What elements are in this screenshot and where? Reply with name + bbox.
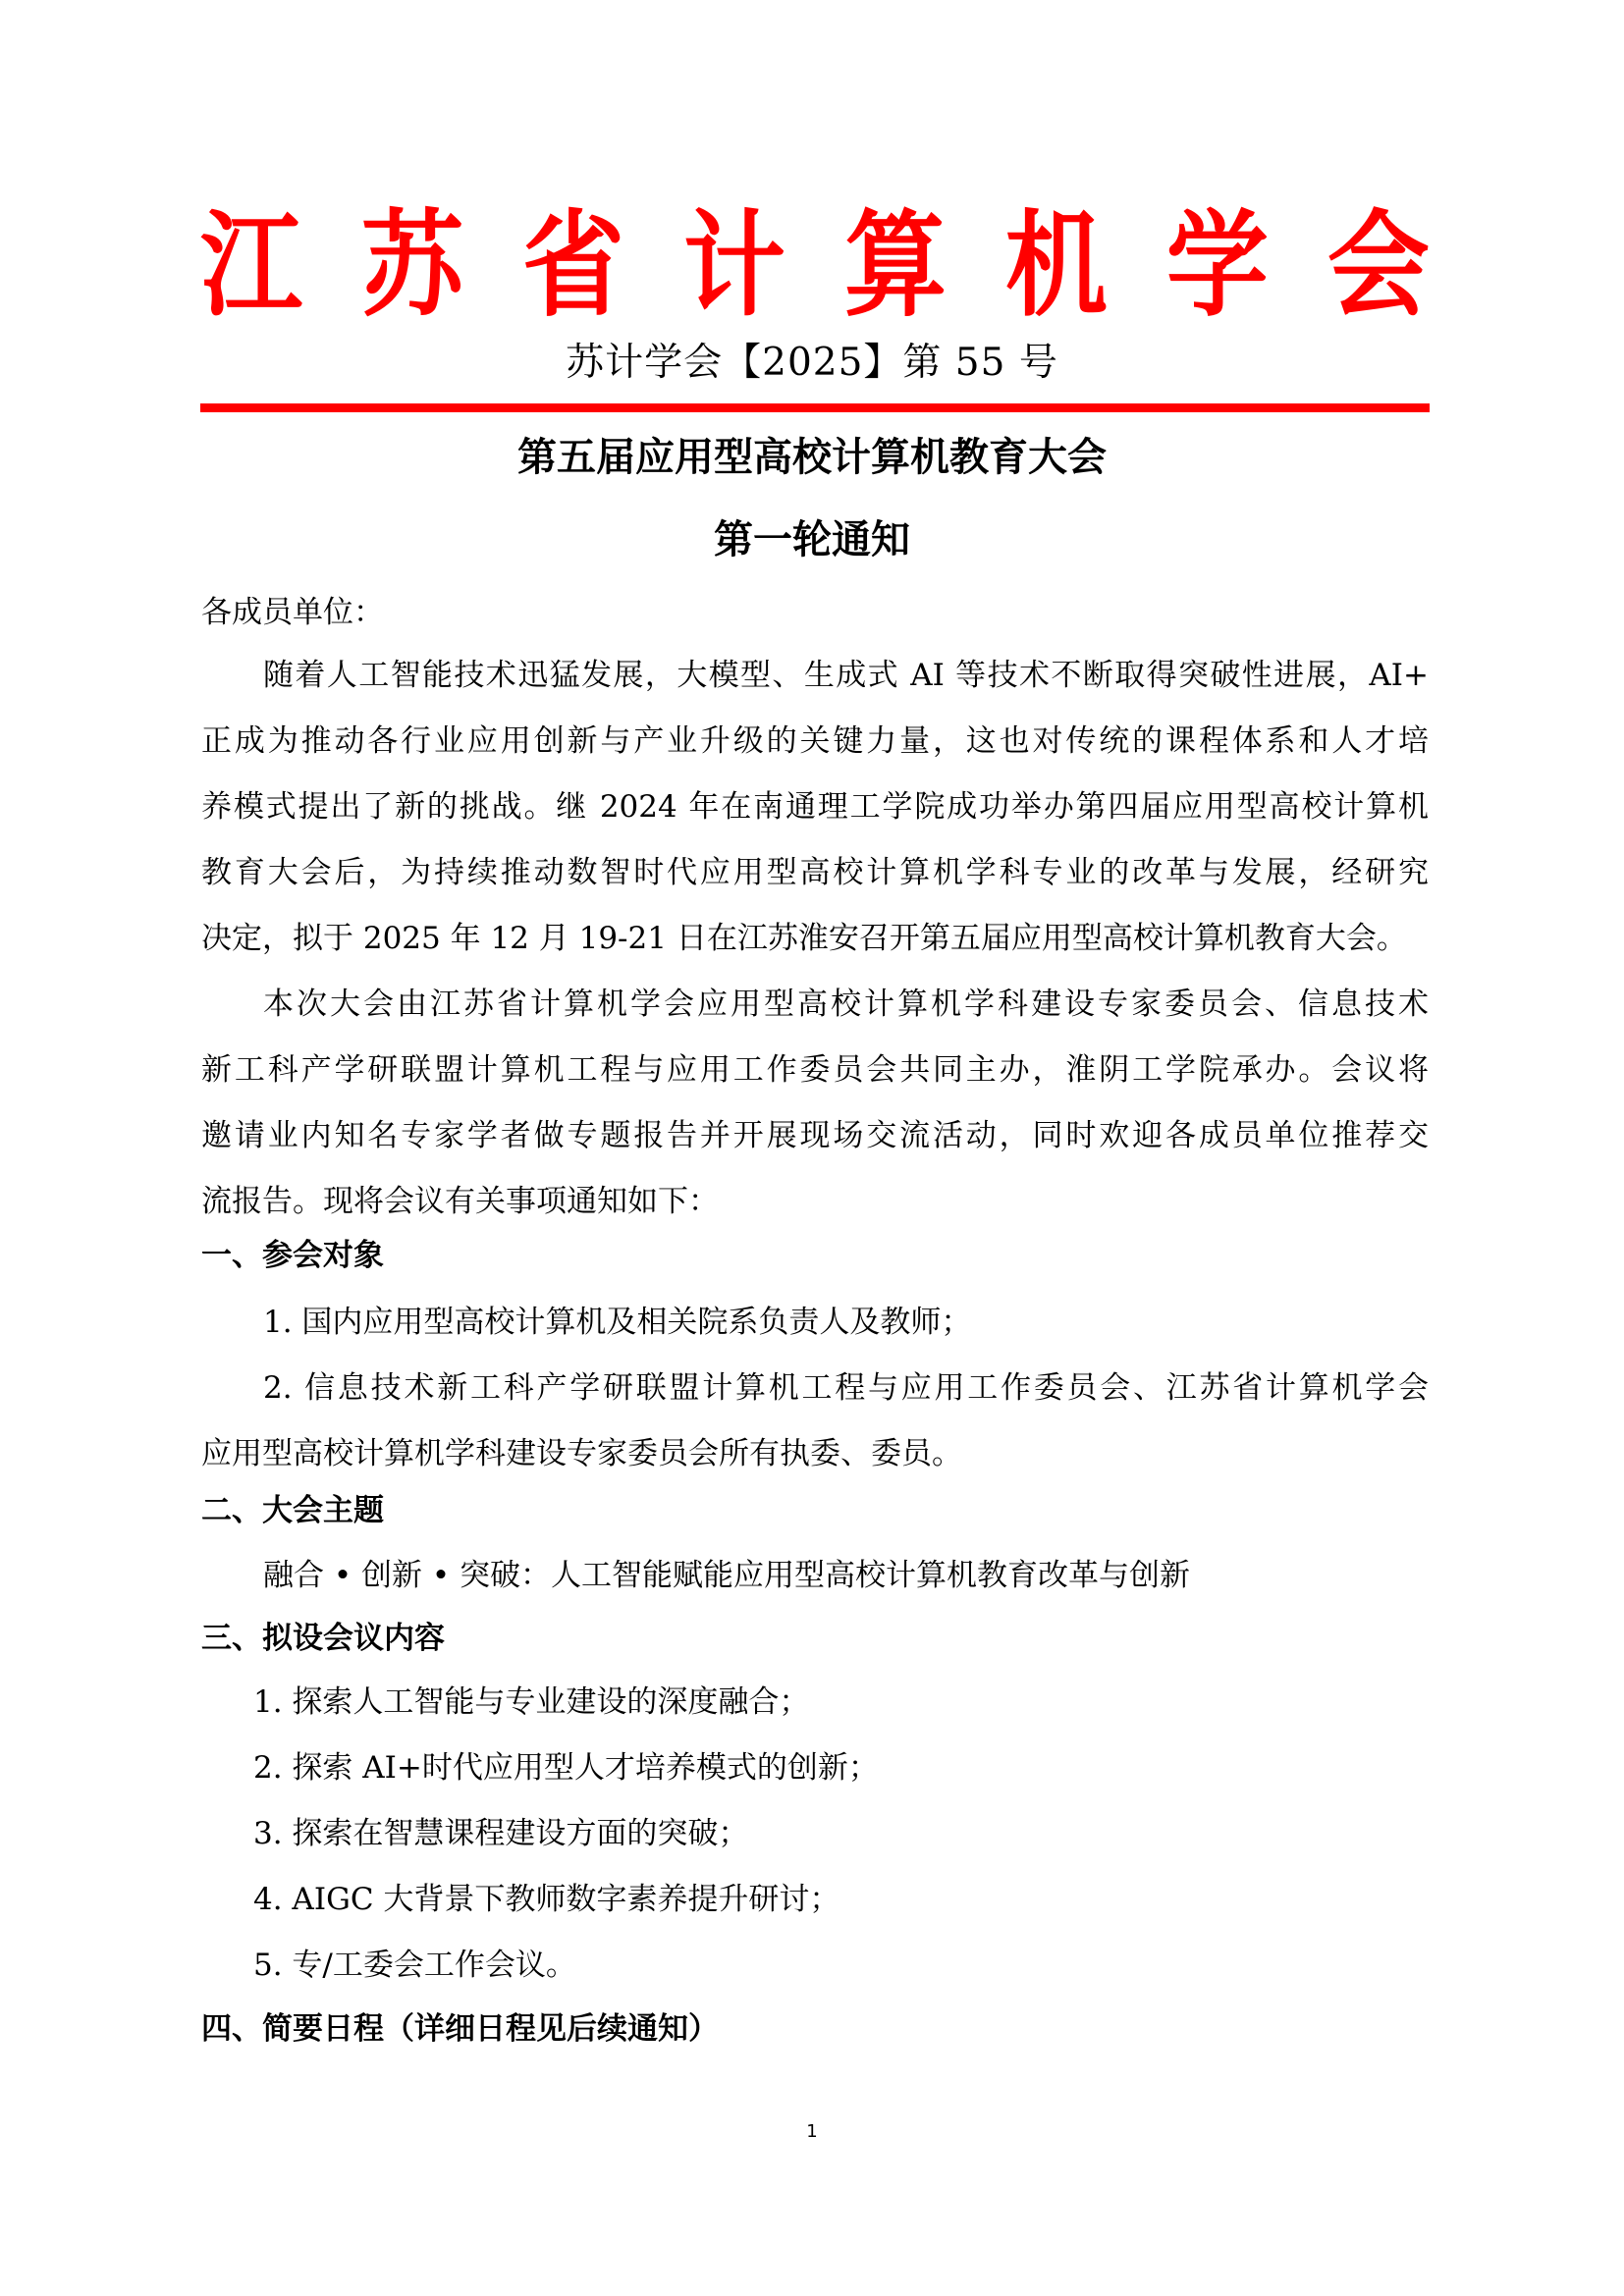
masthead-char: 会	[1327, 188, 1430, 343]
list-item: 3. 探索在智慧课程建设方面的突破；	[253, 1814, 748, 1853]
paragraph-line: 本次大会由江苏省计算机学会应用型高校计算机学科建设专家委员会、信息技术	[263, 985, 1429, 1024]
masthead-char: 计	[683, 188, 785, 343]
list-item-continuation: 应用型高校计算机学科建设专家委员会所有执委、委员。	[201, 1434, 962, 1473]
section-heading: 一、参会对象	[201, 1236, 384, 1275]
paragraph-line: 随着人工智能技术迅猛发展，大模型、生成式 AI 等技术不断取得突破性进展，AI+	[263, 656, 1429, 695]
section-heading: 四、简要日程（详细日程见后续通知）	[201, 2009, 719, 2049]
masthead-char: 苏	[361, 188, 463, 343]
list-item: 2. 信息技术新工科产学研联盟计算机工程与应用工作委员会、江苏省计算机学会	[263, 1368, 1429, 1408]
red-divider	[200, 403, 1430, 412]
masthead-char: 算	[844, 188, 947, 343]
paragraph-line: 决定，拟于 2025 年 12 月 19-21 日在江苏淮安召开第五届应用型高校…	[201, 919, 1407, 958]
theme-text: 融合 • 创新 • 突破：人工智能赋能应用型高校计算机教育改革与创新	[263, 1556, 1190, 1595]
salutation: 各成员单位：	[201, 593, 384, 632]
document-number: 苏计学会【2025】第 55 号	[0, 339, 1624, 388]
section-heading: 三、拟设会议内容	[201, 1619, 445, 1658]
paragraph-line: 流报告。现将会议有关事项通知如下：	[201, 1182, 719, 1221]
paragraph-line: 教育大会后，为持续推动数智时代应用型高校计算机学科专业的改革与发展，经研究	[201, 853, 1429, 892]
section-heading: 二、大会主题	[201, 1491, 384, 1530]
paragraph-line: 正成为推动各行业应用创新与产业升级的关键力量，这也对传统的课程体系和人才培	[201, 721, 1429, 761]
document-page: 江 苏 省 计 算 机 学 会 苏计学会【2025】第 55 号 第五届应用型高…	[0, 0, 1624, 2296]
list-item: 5. 专/工委会工作会议。	[253, 1946, 576, 1985]
list-item: 2. 探索 AI+时代应用型人才培养模式的创新；	[253, 1748, 879, 1788]
masthead-char: 学	[1166, 188, 1269, 343]
document-title: 第五届应用型高校计算机教育大会	[0, 432, 1624, 483]
list-item: 1. 探索人工智能与专业建设的深度融合；	[253, 1682, 809, 1722]
paragraph-line: 养模式提出了新的挑战。继 2024 年在南通理工学院成功举办第四届应用型高校计算…	[201, 787, 1429, 827]
list-item: 1. 国内应用型高校计算机及相关院系负责人及教师；	[263, 1303, 971, 1342]
masthead-char: 江	[200, 188, 302, 343]
organization-masthead: 江 苏 省 计 算 机 学 会	[200, 196, 1430, 334]
masthead-char: 机	[1005, 188, 1108, 343]
list-item: 4. AIGC 大背景下教师数字素养提升研讨；	[253, 1880, 839, 1919]
paragraph-line: 新工科产学研联盟计算机工程与应用工作委员会共同主办，淮阴工学院承办。会议将	[201, 1050, 1429, 1090]
document-subtitle: 第一轮通知	[0, 514, 1624, 565]
page-number: 1	[0, 2120, 1624, 2144]
masthead-char: 省	[522, 188, 624, 343]
paragraph-line: 邀请业内知名专家学者做专题报告并开展现场交流活动，同时欢迎各成员单位推荐交	[201, 1116, 1429, 1155]
